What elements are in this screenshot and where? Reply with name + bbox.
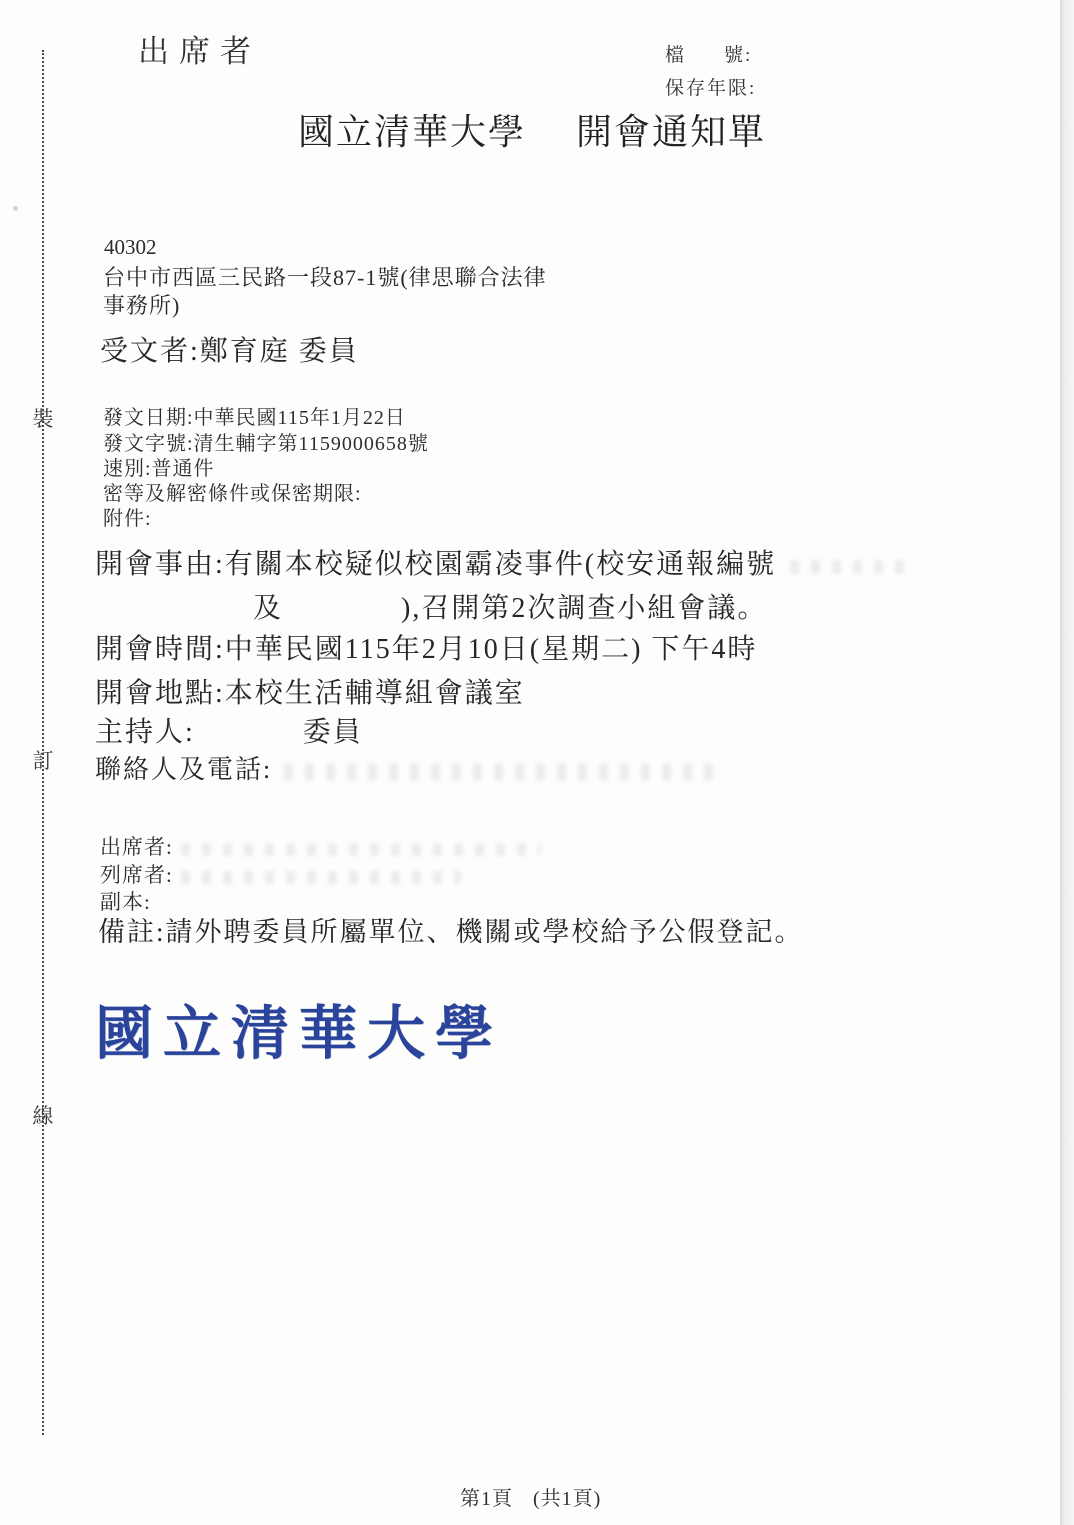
scan-speck bbox=[13, 206, 18, 211]
file-number-label: 檔 bbox=[665, 45, 686, 66]
issue-date-line: 發文日期:中華民國115年1月22日 bbox=[103, 401, 406, 430]
meeting-place-line: 開會地點:本校生活輔導組會議室 bbox=[95, 671, 525, 711]
observer-line: 列席者: bbox=[100, 859, 461, 889]
redacted-smudge-case-number bbox=[790, 560, 910, 574]
redacted-smudge-observers bbox=[181, 871, 461, 884]
binding-char-ding: 訂 bbox=[31, 745, 55, 775]
binding-char-xian: 線 bbox=[31, 1100, 55, 1130]
contact-label: 聯絡人及電話: bbox=[95, 755, 272, 784]
attendee-line: 出席者: bbox=[100, 831, 541, 861]
address-line-2: 事務所) bbox=[103, 289, 180, 320]
subject-continuation-prefix: 及 bbox=[253, 593, 283, 624]
chairperson-line: 主持人:委員 bbox=[95, 710, 363, 750]
note-line: 備註:請外聘委員所屬單位、機關或學校給予公假登記。 bbox=[98, 910, 804, 949]
chairperson-suffix: 委員 bbox=[303, 717, 363, 748]
address-line-1: 台中市西區三民路一段87-1號(律思聯合法律 bbox=[103, 261, 547, 292]
page-number-current: 第1頁 bbox=[460, 1488, 513, 1510]
observer-label: 列席者: bbox=[100, 863, 173, 887]
attendee-label: 出席者: bbox=[100, 835, 173, 859]
redacted-smudge-contact bbox=[284, 763, 724, 781]
attachment-line: 附件: bbox=[103, 502, 152, 531]
title-university: 國立清華大學 bbox=[298, 112, 526, 152]
document-title: 國立清華大學開會通知單 bbox=[298, 104, 766, 155]
meeting-subject-line-1: 開會事由:有關本校疑似校園霸凌事件(校安通報編號 bbox=[95, 542, 910, 582]
file-number-row: 檔號: bbox=[665, 40, 752, 67]
title-notice: 開會通知單 bbox=[576, 112, 766, 152]
scanned-meeting-notice-page: 裝 訂 線 出席者 檔號: 保存年限: 國立清華大學開會通知單 40302 台中… bbox=[0, 0, 1074, 1525]
recipient-line: 受文者:鄭育庭 委員 bbox=[100, 329, 359, 369]
postal-code: 40302 bbox=[104, 235, 157, 260]
page-number-footer: 第1頁(共1頁) bbox=[460, 1482, 601, 1511]
file-number-colon: 號: bbox=[724, 45, 752, 66]
chairperson-label: 主持人: bbox=[95, 717, 195, 748]
redacted-smudge-attendees bbox=[181, 843, 541, 856]
university-ink-stamp: 國立清華大學 bbox=[95, 986, 503, 1070]
page-number-total: (共1頁) bbox=[533, 1488, 601, 1510]
corner-attendee-label: 出席者 bbox=[138, 26, 261, 71]
retention-period-label: 保存年限: bbox=[665, 73, 756, 100]
meeting-subject-line-2: 及),召開第2次調查小組會議。 bbox=[253, 586, 767, 626]
binding-char-zhuang: 裝 bbox=[31, 403, 55, 433]
binding-dotted-line bbox=[42, 50, 44, 1435]
scan-edge-shadow bbox=[1060, 0, 1074, 1525]
subject-continuation-suffix: ),召開第2次調查小組會議。 bbox=[401, 593, 767, 624]
meeting-time-line: 開會時間:中華民國115年2月10日(星期二) 下午4時 bbox=[95, 627, 757, 667]
contact-line: 聯絡人及電話: bbox=[95, 749, 724, 786]
